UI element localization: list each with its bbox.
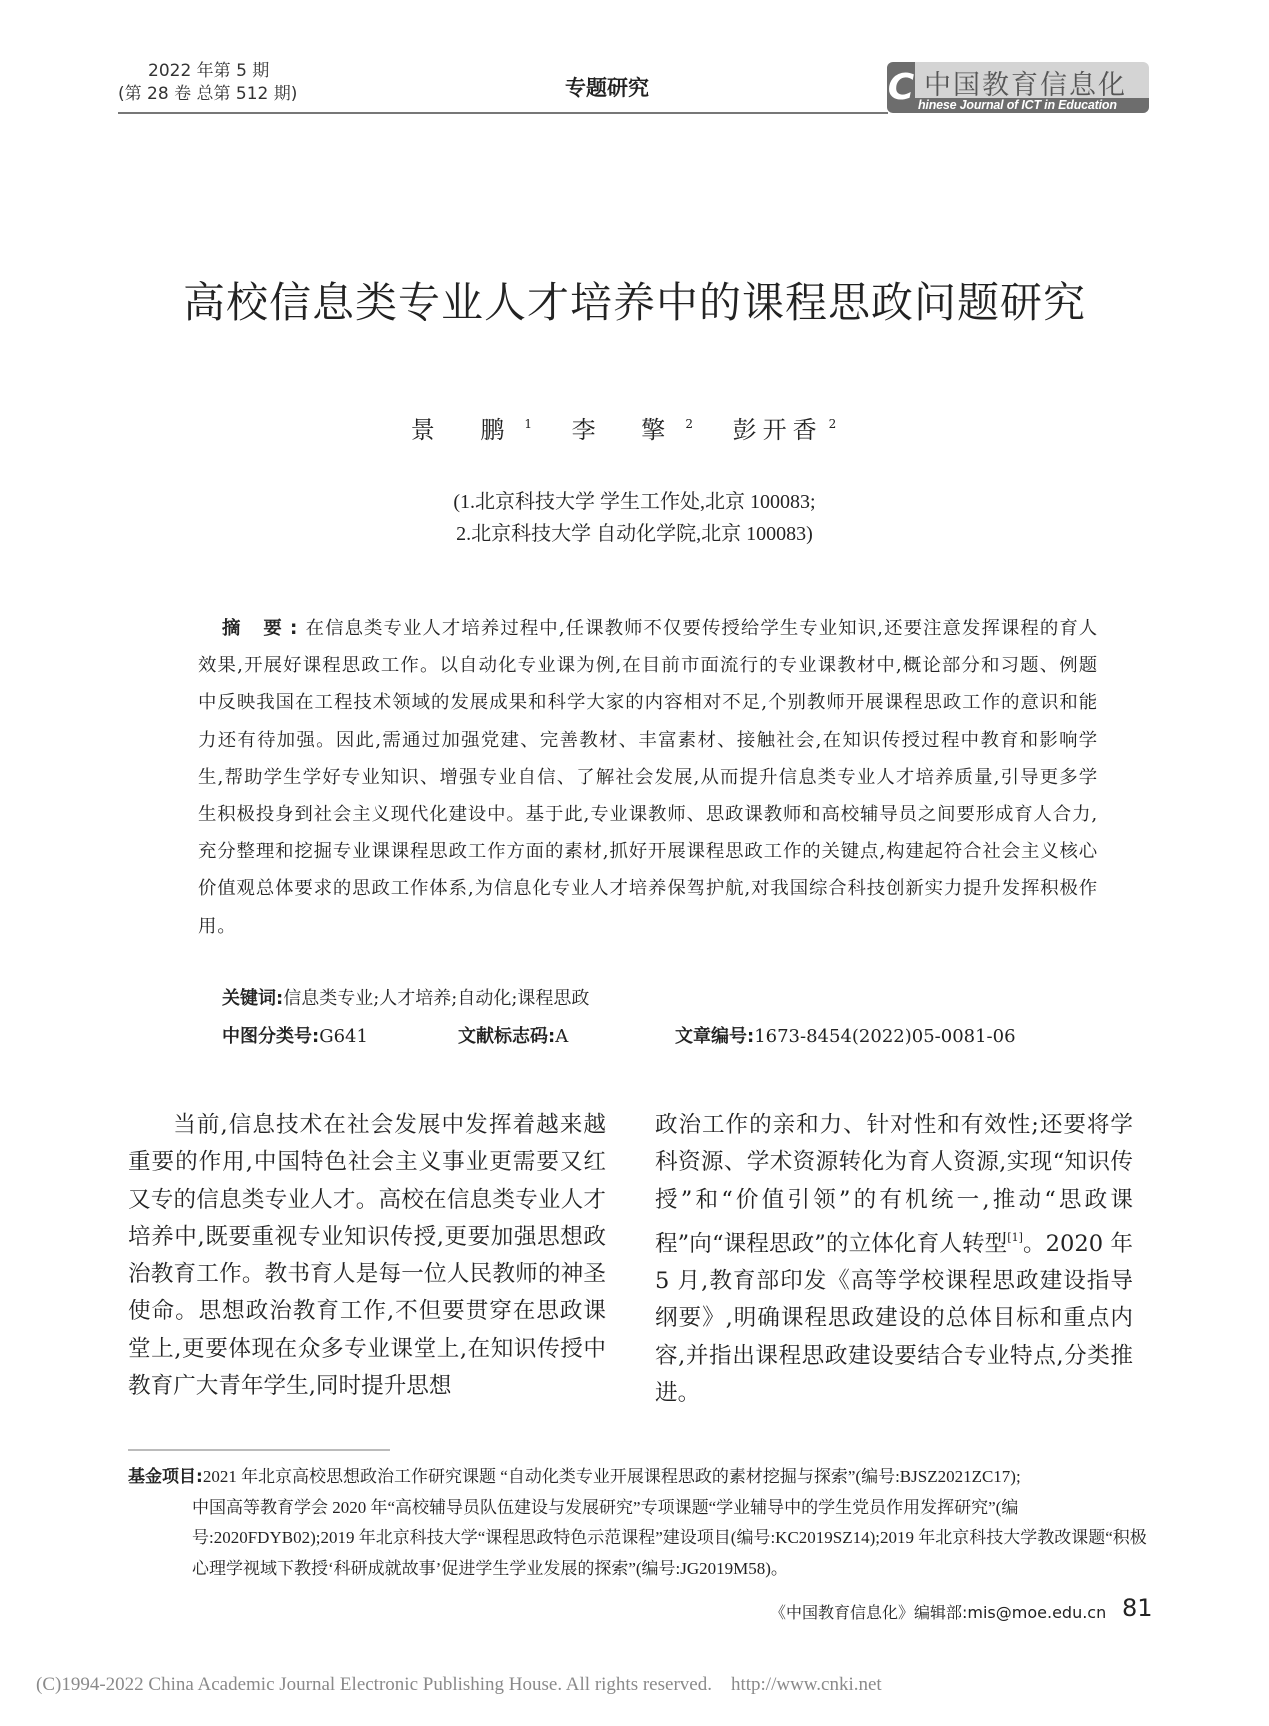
editorial-contact: 《中国教育信息化》编辑部:mis@moe.edu.cn: [770, 1600, 1106, 1623]
body-column-left: 当前,信息技术在社会发展中发挥着越来越重要的作用,中国特色社会主义事业更需要又红…: [128, 1107, 606, 1405]
clc-number: 中图分类号:G641: [222, 1022, 458, 1048]
affiliation-mark: 2: [829, 417, 837, 431]
article-title: 高校信息类专业人才培养中的课程思政问题研究: [0, 270, 1269, 330]
header-divider: [118, 112, 888, 114]
funding-label: 基金项目:: [128, 1467, 203, 1487]
author-name: 李 擎: [572, 416, 680, 444]
citation-reference[interactable]: [1]: [1007, 1231, 1023, 1244]
affiliation-mark: 2: [685, 417, 693, 431]
logo-name-cn: 中国教育信息化: [924, 63, 1127, 102]
funding-line: 2021 年北京高校思想政治工作研究课题 “自动化类专业开展课程思政的素材挖掘与…: [203, 1467, 1021, 1486]
article-number: 文章编号:1673-8454(2022)05-0081-06: [675, 1022, 1016, 1048]
volume-info: (第 28 卷 总第 512 期): [118, 83, 328, 106]
copyright-notice: (C)1994-2022 China Academic Journal Elec…: [36, 1674, 882, 1696]
logo-name-en: hinese Journal of ICT in Education: [915, 98, 1149, 113]
abstract-label: 摘 要:: [222, 618, 305, 639]
section-label: 专题研究: [565, 72, 649, 102]
journal-logo: C 中国教育信息化 hinese Journal of ICT in Educa…: [887, 62, 1149, 113]
document-code: 文献标志码:A: [458, 1022, 675, 1048]
logo-letter-icon: C: [887, 62, 915, 113]
footnote-divider: [128, 1449, 390, 1451]
issue-number: 2022 年第 5 期: [118, 60, 328, 83]
abstract: 摘 要:在信息类专业人才培养过程中,任课教师不仅要传授给学生专业知识,还要注意发…: [198, 610, 1098, 945]
page-number: 81: [1122, 1594, 1153, 1622]
classification-info: 中图分类号:G641文献标志码:A文章编号:1673-8454(2022)05-…: [222, 1022, 1122, 1048]
affiliation-line: (1.北京科技大学 学生工作处,北京 100083;: [0, 486, 1269, 518]
author-name: 景 鹏: [411, 416, 519, 444]
author-name: 彭开香: [733, 416, 823, 444]
body-column-right: 政治工作的亲和力、针对性和有效性;还要将学科资源、学术资源转化为育人资源,实现“…: [655, 1107, 1133, 1412]
affiliation-mark: 1: [524, 417, 532, 431]
body-paragraph: 政治工作的亲和力、针对性和有效性;还要将学科资源、学术资源转化为育人资源,实现“…: [655, 1107, 1133, 1412]
issue-info: 2022 年第 5 期 (第 28 卷 总第 512 期): [118, 60, 328, 106]
abstract-text: 在信息类专业人才培养过程中,任课教师不仅要传授给学生专业知识,还要注意发挥课程的…: [198, 618, 1098, 937]
keywords-label: 关键词:: [222, 988, 283, 1009]
keywords-value: 信息类专业;人才培养;自动化;课程思政: [283, 988, 589, 1009]
body-paragraph: 当前,信息技术在社会发展中发挥着越来越重要的作用,中国特色社会主义事业更需要又红…: [128, 1107, 606, 1405]
funding-continued: 中国高等教育学会 2020 年“高校辅导员队伍建设与发展研究”专项课题“学业辅导…: [128, 1493, 1148, 1585]
funding-note: 基金项目:2021 年北京高校思想政治工作研究课题 “自动化类专业开展课程思政的…: [128, 1462, 1148, 1584]
keywords: 关键词:信息类专业;人才培养;自动化;课程思政: [222, 984, 589, 1010]
affiliations: (1.北京科技大学 学生工作处,北京 100083; 2.北京科技大学 自动化学…: [0, 486, 1269, 550]
author-list: 景 鹏1 李 擎2 彭开香2: [0, 410, 1269, 445]
affiliation-line: 2.北京科技大学 自动化学院,北京 100083): [0, 518, 1269, 550]
